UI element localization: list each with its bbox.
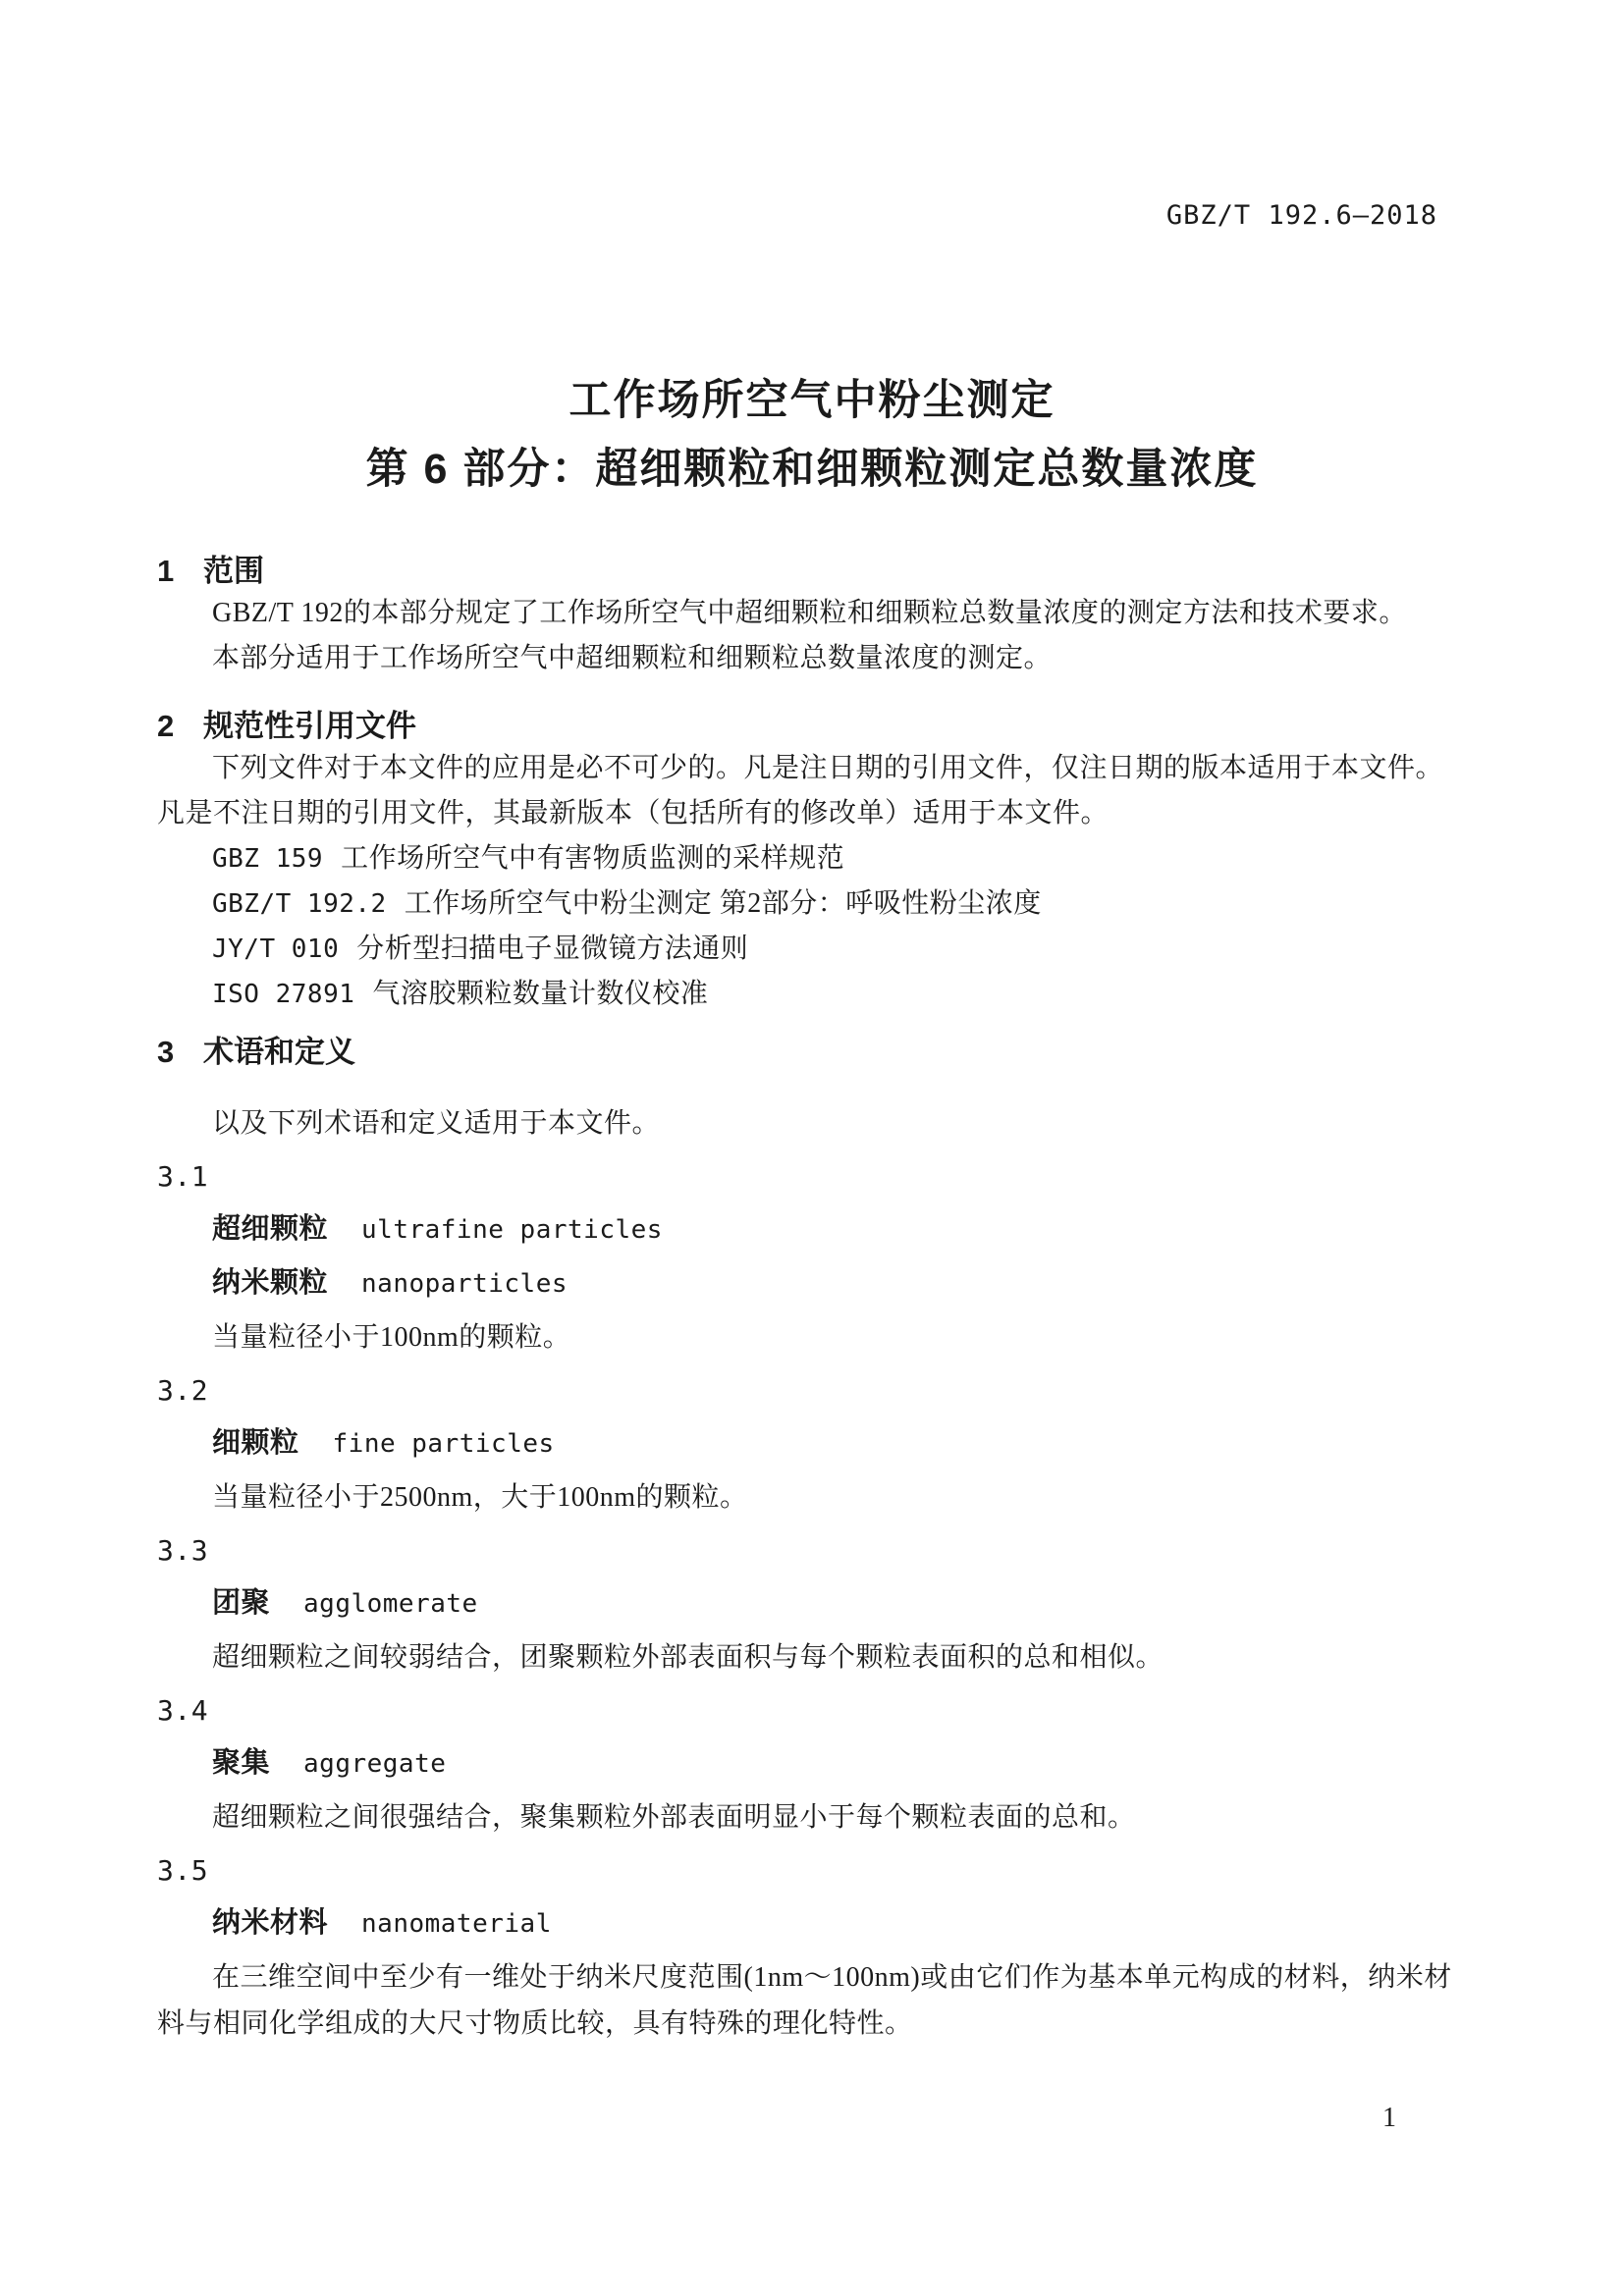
section-1-paragraph-1: GBZ/T 192的本部分规定了工作场所空气中超细颗粒和细颗粒总数量浓度的测定方… [157, 591, 1467, 636]
title-line-2: 第 6 部分：超细颗粒和细颗粒测定总数量浓度 [0, 442, 1624, 497]
term-name-zh: 纳米颗粒 [212, 1267, 328, 1299]
page-number: 1 [1382, 2103, 1396, 2134]
reference-code: GBZ 159 [212, 844, 323, 874]
term-name: 聚集aggregate [157, 1740, 1467, 1788]
reference-title: 工作场所空气中粉尘测定 第2部分：呼吸性粉尘浓度 [405, 888, 1042, 919]
term-name: 纳米材料nanomaterial [157, 1900, 1467, 1948]
term-name: 细颗粒fine particles [157, 1420, 1467, 1468]
section-3-intro: 以及下列术语和定义适用于本文件。 [157, 1101, 1467, 1147]
reference-code: ISO 27891 [212, 980, 354, 1009]
term-name-en: nanomaterial [361, 1909, 552, 1939]
term-definition: 超细颗粒之间很强结合，聚集颗粒外部表面明显小于每个颗粒表面的总和。 [157, 1794, 1467, 1841]
term-3-5: 3.5 纳米材料nanomaterial 在三维空间中至少有一维处于纳米尺度范围… [157, 1847, 1467, 2047]
section-2-number: 2 [157, 707, 203, 746]
term-name-en: nanoparticles [361, 1269, 568, 1299]
term-number: 3.5 [157, 1847, 1467, 1894]
term-name-zh: 细颗粒 [212, 1427, 299, 1459]
section-1-heading: 1范围 [157, 552, 1467, 591]
document-code-header: GBZ/T 192.6—2018 [0, 199, 1437, 233]
term-3-2: 3.2 细颗粒fine particles 当量粒径小于2500nm，大于100… [157, 1367, 1467, 1521]
title-line-1: 工作场所空气中粉尘测定 [0, 373, 1624, 428]
term-definition: 当量粒径小于100nm的颗粒。 [157, 1314, 1467, 1361]
section-2-paragraph: 下列文件对于本文件的应用是必不可少的。凡是注日期的引用文件，仅注日期的版本适用于… [157, 746, 1467, 836]
reference-code: JY/T 010 [212, 934, 339, 964]
term-3-4: 3.4 聚集aggregate 超细颗粒之间很强结合，聚集颗粒外部表面明显小于每… [157, 1687, 1467, 1841]
section-3-heading: 3术语和定义 [157, 1033, 1467, 1072]
reference-title: 气溶胶颗粒数量计数仪校准 [372, 979, 708, 1009]
term-number: 3.3 [157, 1527, 1467, 1574]
term-name: 纳米颗粒nanoparticles [157, 1260, 1467, 1308]
term-definition: 当量粒径小于2500nm，大于100nm的颗粒。 [157, 1474, 1467, 1521]
reference-code: GBZ/T 192.2 [212, 889, 387, 919]
document-page: GBZ/T 192.6—2018 工作场所空气中粉尘测定 第 6 部分：超细颗粒… [0, 0, 1624, 2296]
term-name-zh: 纳米材料 [212, 1907, 328, 1939]
document-title: 工作场所空气中粉尘测定 第 6 部分：超细颗粒和细颗粒测定总数量浓度 [0, 373, 1624, 497]
term-3-3: 3.3 团聚agglomerate 超细颗粒之间较弱结合，团聚颗粒外部表面积与每… [157, 1527, 1467, 1681]
terms-list: 3.1 超细颗粒ultrafine particles 纳米颗粒nanopart… [157, 1153, 1467, 2047]
term-definition: 在三维空间中至少有一维处于纳米尺度范围(1nm～100nm)或由它们作为基本单元… [157, 1954, 1467, 2047]
term-name: 团聚agglomerate [157, 1580, 1467, 1628]
reference-title: 分析型扫描电子显微镜方法通则 [356, 934, 748, 964]
document-body: 1范围 GBZ/T 192的本部分规定了工作场所空气中超细颗粒和细颗粒总数量浓度… [157, 552, 1467, 2047]
section-2-title: 规范性引用文件 [203, 709, 416, 743]
term-definition: 超细颗粒之间较弱结合，团聚颗粒外部表面积与每个颗粒表面积的总和相似。 [157, 1634, 1467, 1681]
term-name-zh: 聚集 [212, 1747, 270, 1779]
reference-item: GBZ 159工作场所空气中有害物质监测的采样规范 [157, 836, 1467, 881]
section-1-number: 1 [157, 552, 203, 591]
term-name-zh: 团聚 [212, 1587, 270, 1619]
term-number: 3.2 [157, 1367, 1467, 1414]
term-number: 3.4 [157, 1687, 1467, 1734]
reference-item: ISO 27891气溶胶颗粒数量计数仪校准 [157, 972, 1467, 1017]
section-1-paragraph-2: 本部分适用于工作场所空气中超细颗粒和细颗粒总数量浓度的测定。 [157, 636, 1467, 681]
term-name-en: ultrafine particles [361, 1215, 663, 1245]
term-name-zh: 超细颗粒 [212, 1213, 328, 1245]
term-name-en: fine particles [333, 1429, 555, 1459]
term-name-en: aggregate [303, 1749, 446, 1779]
section-2-heading: 2规范性引用文件 [157, 707, 1467, 746]
section-1-title: 范围 [203, 554, 264, 588]
term-3-1: 3.1 超细颗粒ultrafine particles 纳米颗粒nanopart… [157, 1153, 1467, 1361]
section-3-number: 3 [157, 1033, 203, 1072]
term-number: 3.1 [157, 1153, 1467, 1200]
reference-item: GBZ/T 192.2工作场所空气中粉尘测定 第2部分：呼吸性粉尘浓度 [157, 881, 1467, 927]
reference-title: 工作场所空气中有害物质监测的采样规范 [341, 843, 844, 874]
term-name: 超细颗粒ultrafine particles [157, 1206, 1467, 1254]
reference-item: JY/T 010分析型扫描电子显微镜方法通则 [157, 927, 1467, 972]
section-3-title: 术语和定义 [203, 1035, 355, 1069]
term-name-en: agglomerate [303, 1589, 478, 1619]
